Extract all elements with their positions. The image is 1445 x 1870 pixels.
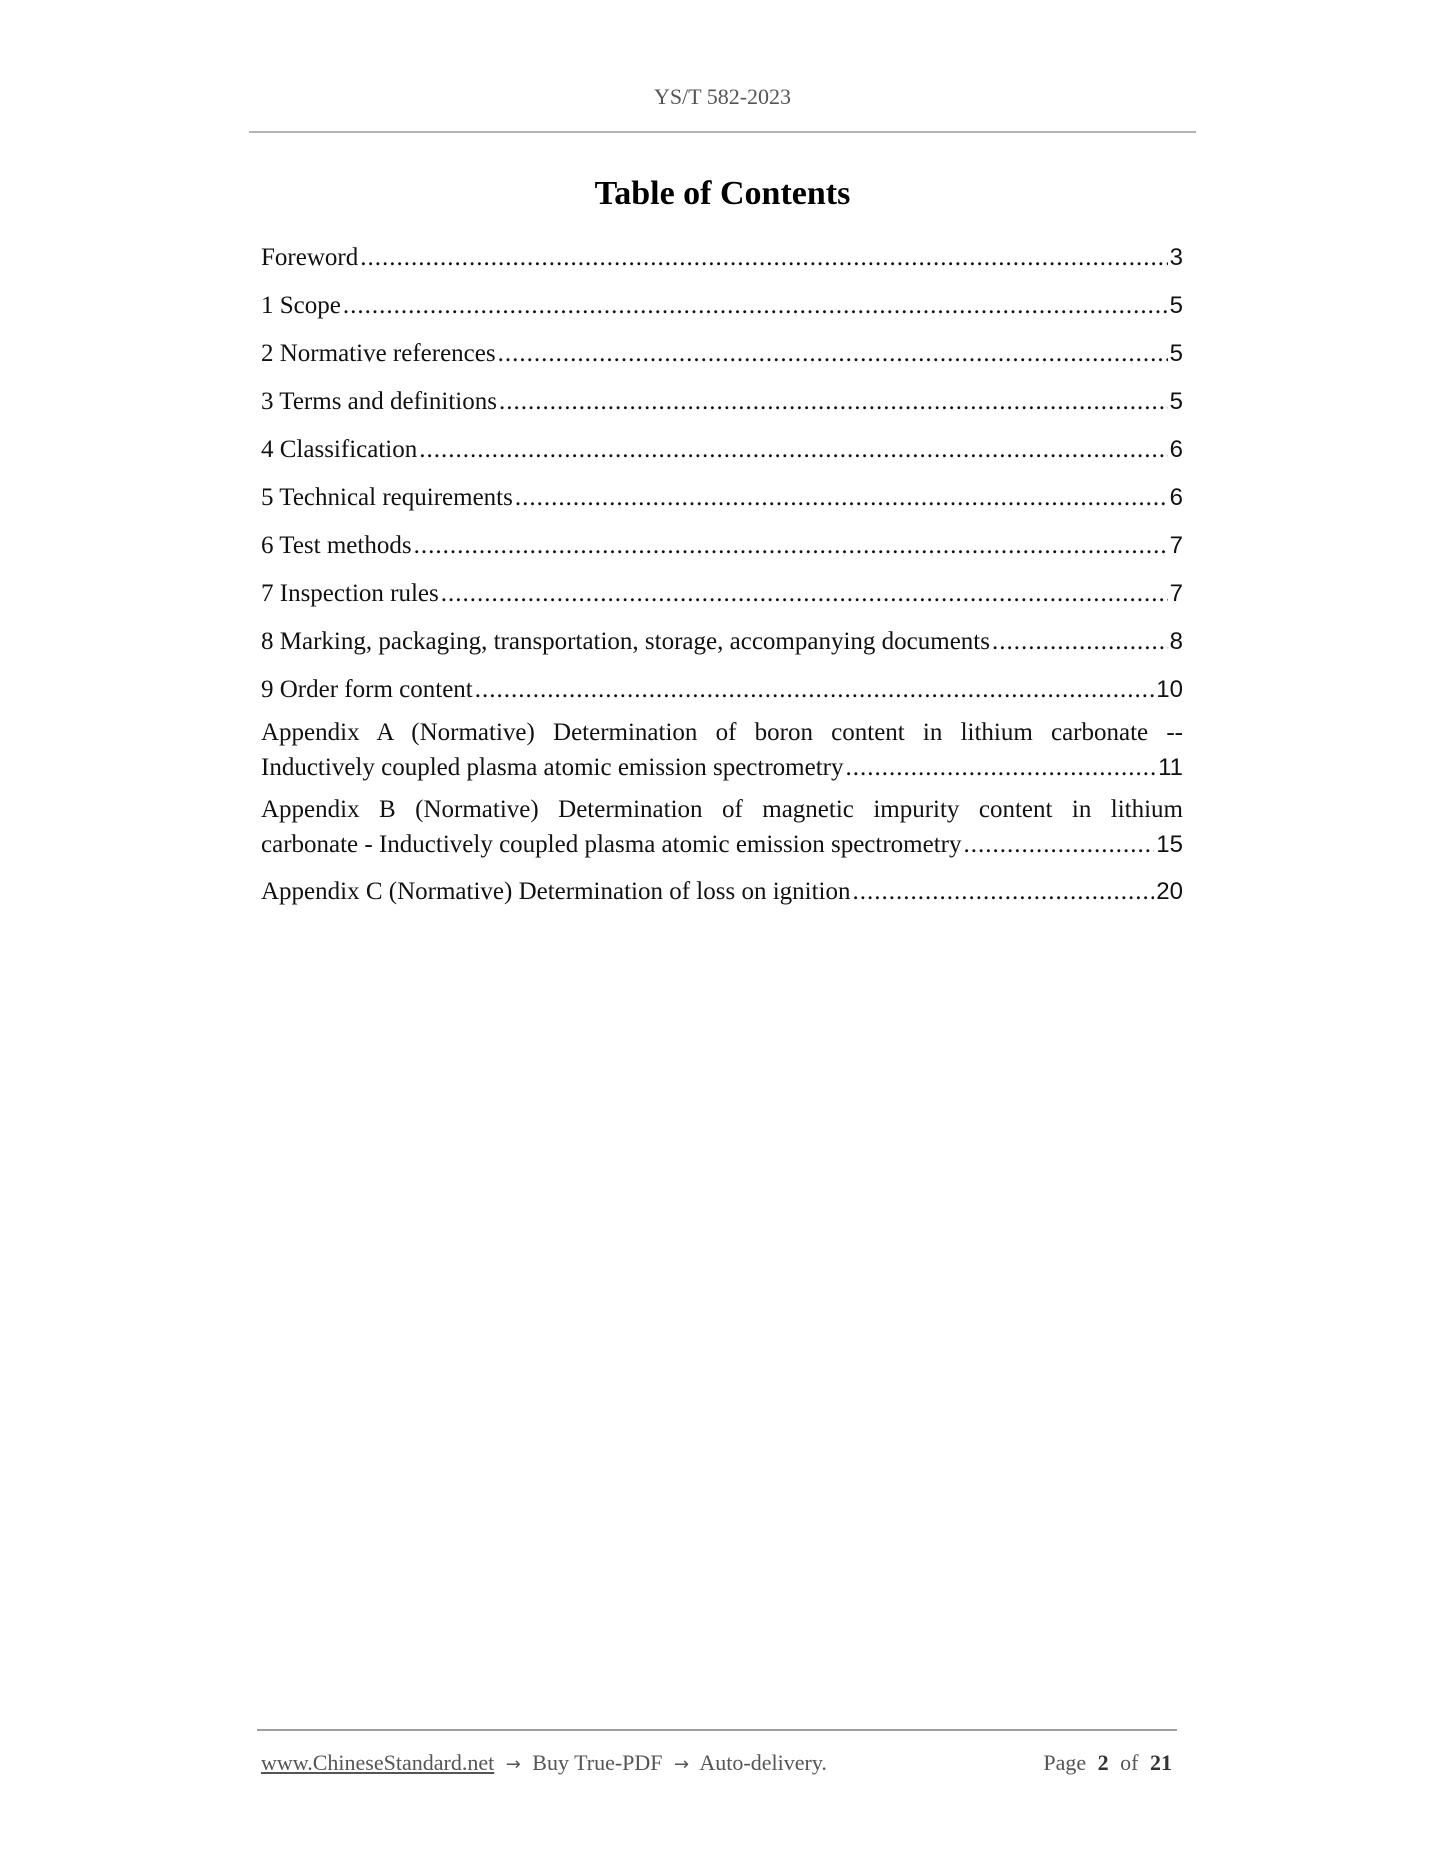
toc-entry-label: 6 Test methods [261, 528, 412, 564]
toc-entry-marking-packaging[interactable]: 8 Marking, packaging, transportation, st… [261, 624, 1183, 672]
toc-entry-label-line1: Appendix A (Normative) Determination of … [261, 715, 1183, 750]
toc-entry-label: 7 Inspection rules [261, 576, 439, 612]
toc-entry-order-form[interactable]: 9 Order form content 10 [261, 672, 1183, 720]
toc-entry-page: 5 [1170, 288, 1183, 324]
toc-entry-label: 9 Order form content [261, 672, 473, 708]
toc-entry-terms-definitions[interactable]: 3 Terms and definitions 5 [261, 384, 1183, 432]
toc-entry-normative-references[interactable]: 2 Normative references 5 [261, 336, 1183, 384]
dot-leader [441, 576, 1168, 612]
toc-entry-label-line1: Appendix B (Normative) Determination of … [261, 792, 1183, 827]
toc-entry-label: Foreword [261, 240, 358, 276]
toc-entry-inspection-rules[interactable]: 7 Inspection rules 7 [261, 576, 1183, 624]
toc-entry-page: 10 [1156, 672, 1183, 708]
page-indicator: Page 2 of 21 [1043, 1748, 1178, 1778]
dot-leader [419, 432, 1167, 468]
toc-entry-page: 8 [1170, 624, 1183, 660]
toc-entry-label: 8 Marking, packaging, transportation, st… [261, 624, 990, 660]
page-footer: www.ChineseStandard.net → Buy True-PDF →… [261, 1748, 1178, 1780]
site-link[interactable]: www.ChineseStandard.net [261, 1750, 494, 1775]
of-word: of [1120, 1750, 1138, 1775]
toc-entry-appendix-a[interactable]: Appendix A (Normative) Determination of … [261, 715, 1183, 785]
toc-entry-page: 6 [1170, 480, 1183, 516]
arrow-right-icon: → [506, 1754, 521, 1775]
toc-entry-label: 2 Normative references [261, 336, 496, 372]
footer-divider [257, 1729, 1177, 1731]
toc-entry-page: 11 [1158, 750, 1183, 785]
toc-entry-page: 5 [1170, 336, 1183, 372]
footer-step-delivery: Auto-delivery. [699, 1750, 826, 1775]
toc-entry-label-line2: carbonate - Inductively coupled plasma a… [261, 827, 961, 862]
toc-entry-foreword[interactable]: Foreword 3 [261, 240, 1183, 288]
dot-leader [475, 672, 1155, 708]
current-page-number: 2 [1098, 1750, 1109, 1775]
toc-entry-label: 1 Scope [261, 288, 341, 324]
dot-leader [343, 288, 1168, 324]
header-divider [249, 131, 1196, 133]
dot-leader [963, 827, 1154, 862]
toc-entry-label: 5 Technical requirements [261, 480, 513, 516]
dot-leader [845, 750, 1156, 785]
toc-entry-label: 3 Terms and definitions [261, 384, 497, 420]
toc-title: Table of Contents [249, 172, 1196, 216]
toc-entry-page: 7 [1170, 576, 1183, 612]
toc-entry-appendix-c[interactable]: Appendix C (Normative) Determination of … [261, 874, 1183, 922]
dot-leader [414, 528, 1168, 564]
page-word: Page [1043, 1750, 1086, 1775]
footer-step-buy: Buy True-PDF [532, 1750, 662, 1775]
toc-entry-classification[interactable]: 4 Classification 6 [261, 432, 1183, 480]
toc-entry-page: 6 [1170, 432, 1183, 468]
toc-entry-page: 15 [1156, 827, 1183, 862]
toc-entry-label: 4 Classification [261, 432, 417, 468]
toc-entry-page: 5 [1170, 384, 1183, 420]
toc-list: Foreword 3 1 Scope 5 2 Normative referen… [261, 240, 1183, 922]
dot-leader [360, 240, 1167, 276]
arrow-right-icon: → [674, 1754, 689, 1775]
footer-promo: www.ChineseStandard.net → Buy True-PDF →… [261, 1748, 827, 1780]
toc-entry-page: 7 [1170, 528, 1183, 564]
toc-entry-technical-requirements[interactable]: 5 Technical requirements 6 [261, 480, 1183, 528]
dot-leader [515, 480, 1168, 516]
dot-leader [853, 874, 1155, 910]
toc-entry-label-line2: Inductively coupled plasma atomic emissi… [261, 750, 843, 785]
dot-leader [992, 624, 1168, 660]
document-code-header: YS/T 582-2023 [249, 80, 1196, 114]
total-pages-number: 21 [1150, 1750, 1172, 1775]
toc-entry-test-methods[interactable]: 6 Test methods 7 [261, 528, 1183, 576]
toc-entry-page: 3 [1170, 240, 1183, 276]
dot-leader [499, 384, 1168, 420]
toc-entry-label: Appendix C (Normative) Determination of … [261, 874, 851, 910]
toc-entry-page: 20 [1156, 874, 1183, 910]
dot-leader [498, 336, 1168, 372]
toc-entry-appendix-b[interactable]: Appendix B (Normative) Determination of … [261, 792, 1183, 862]
toc-entry-scope[interactable]: 1 Scope 5 [261, 288, 1183, 336]
